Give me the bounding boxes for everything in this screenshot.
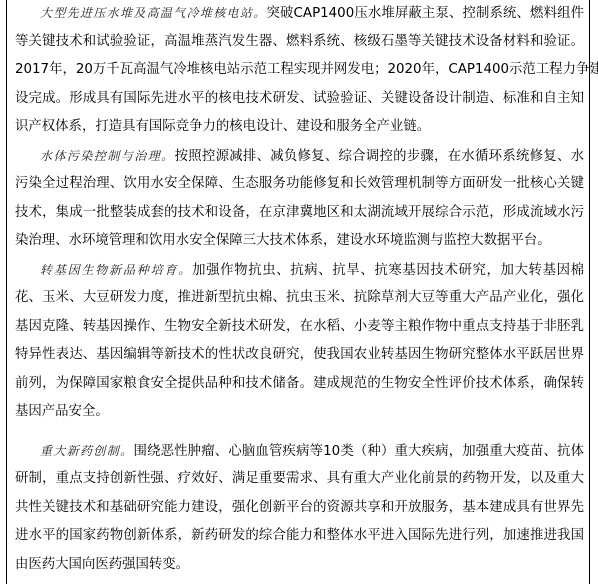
section-3-line-4: 特异性表达、基因编辑等新技术的性状改良研究，使我国农业转基因生物研究整体水平跃居… — [15, 345, 584, 365]
section-4-line-3: 共性关键技术和基础研究能力建设，强化创新平台的资源共享和开放服务，基本建成具有世… — [15, 498, 584, 518]
section-2-text: 按照控源减排、减负修复、综合调控的步骤，在水循环系统修复、水 — [175, 149, 584, 164]
section-2-line-2: 污染全过程治理、饮用水安全保障、生态服务功能修复和长效管理机制等方面研发一批核心… — [15, 174, 584, 194]
section-3-text: 加强作物抗虫、抗病、抗旱、抗寒基因技术研究，加大转基因棉 — [192, 263, 584, 278]
section-1-line-4: 设完成。形成具有国际先进水平的核电技术研发、试验验证、关键设备设计制造、标准和自… — [15, 89, 584, 109]
section-2-line-4: 染治理、水环境管理和饮用水安全保障三大技术体系，建设水环境监测与监控大数据平台。 — [15, 231, 584, 251]
section-4-text: 围绕恶性肿瘤、心脑血管疾病等10类（种）重大疾病，加强重大疫苗、抗体 — [134, 444, 585, 459]
section-1-heading: 大型先进压水堆及高温气冷堆核电站。 — [40, 6, 267, 20]
section-4-line-1: 重大新药创制。围绕恶性肿瘤、心脑血管疾病等10类（种）重大疾病，加强重大疫苗、抗… — [40, 441, 584, 461]
section-3-line-2: 花、玉米、大豆研发力度，推进新型抗虫棉、抗虫玉米、抗除草剂大豆等重大产品产业化，… — [15, 288, 584, 308]
section-1-line-5: 识产权体系，打造具有国际竞争力的核电设计、建设和服务全产业链。 — [15, 117, 584, 137]
section-2-line-3: 技术，集成一批整装成套的技术和设备，在京津冀地区和太湖流域开展综合示范，形成流域… — [15, 203, 584, 223]
section-1-line-1: 大型先进压水堆及高温气冷堆核电站。突破CAP1400压水堆屏蔽主泵、控制系统、燃… — [40, 3, 584, 23]
section-4-line-2: 研制，重点支持创新性强、疗效好、满足重要需求、具有重大产业化前景的药物开发，以及… — [15, 469, 584, 489]
section-3-line-1: 转基因生物新品种培育。加强作物抗虫、抗病、抗旱、抗寒基因技术研究，加大转基因棉 — [40, 260, 584, 280]
section-1-line-2: 等关键技术和试验验证，高温堆蒸汽发生器、燃料系统、核级石墨等关键技术设备材料和验… — [15, 32, 584, 52]
section-2-heading: 水体污染控制与治理。 — [40, 149, 175, 163]
section-4-line-5: 由医药大国向医药强国转变。 — [15, 555, 584, 575]
section-1-line-3: 2017年，20万千瓦高温气冷堆核电站示范工程实现并网发电；2020年，CAP1… — [15, 60, 584, 80]
section-3-line-3: 基因克隆、转基因操作、生物安全新技术研发，在水稻、小麦等主粮作物中重点支持基于非… — [15, 317, 584, 337]
section-4-heading: 重大新药创制。 — [40, 444, 134, 458]
section-2-line-1: 水体污染控制与治理。按照控源减排、减负修复、综合调控的步骤，在水循环系统修复、水 — [40, 146, 584, 166]
section-3-line-6: 基因产品安全。 — [15, 402, 584, 422]
section-1-text: 突破CAP1400压水堆屏蔽主泵、控制系统、燃料组件 — [267, 6, 584, 21]
section-3-heading: 转基因生物新品种培育。 — [40, 263, 192, 277]
section-4-line-4: 进水平的国家药物创新体系，新药研发的综合能力和整体水平进入国际先进行列，加速推进… — [15, 526, 584, 546]
section-3-line-5: 前列，为保障国家粮食安全提供品种和技术储备。建成规范的生物安全性评价技术体系，确… — [15, 374, 584, 394]
